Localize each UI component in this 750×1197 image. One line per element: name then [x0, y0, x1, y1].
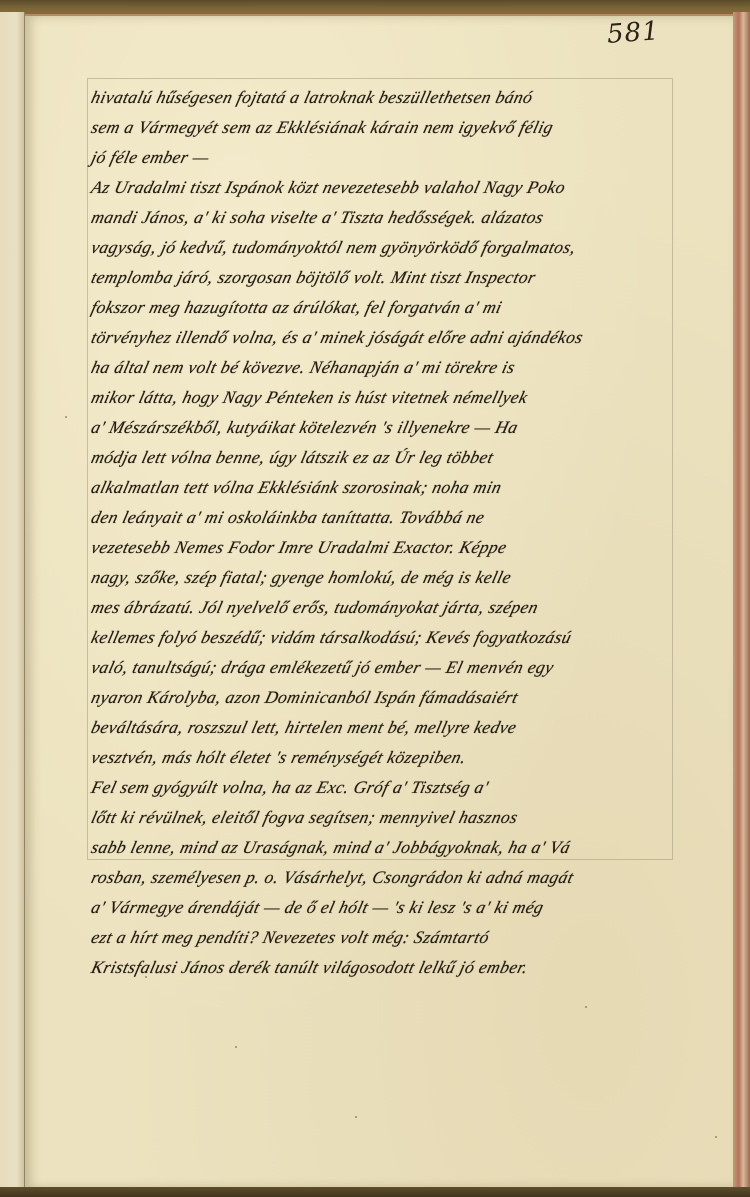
text-line: alkalmatlan tett vólna Ekklésiánk szoros…: [88, 472, 695, 502]
page-number: 581: [606, 16, 661, 50]
text-line: vesztvén, más hólt életet 's reménységét…: [88, 742, 695, 772]
text-line: kellemes folyó beszédű; vidám társalkodá…: [88, 622, 695, 652]
text-line: vezetesebb Nemes Fodor Imre Uradalmi Exa…: [88, 532, 695, 562]
text-line: vagyság, jó kedvű, tudományoktól nem gyö…: [88, 232, 695, 262]
text-line: nyaron Károlyba, azon Dominicanból Ispán…: [88, 682, 695, 712]
paper-speck: [355, 1116, 357, 1118]
text-line: Az Uradalmi tiszt Ispánok közt nevezetes…: [88, 172, 695, 202]
text-line: ha által nem volt bé kövezve. Néhanapján…: [88, 352, 695, 382]
text-line: beváltására, roszszul lett, hirtelen men…: [88, 712, 695, 742]
text-line: jó féle ember —: [88, 142, 695, 172]
text-line: Kristsfalusi János derék tanúlt világoso…: [88, 952, 695, 982]
text-line: sabb lenne, mind az Uraságnak, mind a' J…: [88, 832, 695, 862]
text-line: nagy, szőke, szép fiatal; gyenge homlokú…: [88, 562, 695, 592]
text-line: a' Vármegye árendáját — de ő el hólt — '…: [88, 892, 695, 922]
text-line: templomba járó, szorgosan böjtölő volt. …: [88, 262, 695, 292]
book-cover-top: [0, 0, 750, 14]
text-line: fokszor meg hazugította az árúlókat, fel…: [88, 292, 695, 322]
paper-speck: [715, 1136, 717, 1138]
paper-speck: [585, 1006, 587, 1008]
text-line: való, tanultságú; drága emlékezetű jó em…: [88, 652, 695, 682]
text-line: mes ábrázatú. Jól nyelvelő erős, tudomán…: [88, 592, 695, 622]
paper-speck: [235, 1046, 237, 1048]
text-line: ezt a hírt meg pendíti? Nevezetes volt m…: [88, 922, 695, 952]
text-line: Fel sem gyógyúlt volna, ha az Exc. Gróf …: [88, 772, 695, 802]
text-line: mandi János, a' ki soha viselte a' Tiszt…: [88, 202, 695, 232]
text-line: mikor látta, hogy Nagy Pénteken is húst …: [88, 382, 695, 412]
text-line: rosban, személyesen p. o. Vásárhelyt, Cs…: [88, 862, 695, 892]
text-line: a' Mészárszékből, kutyáikat kötelezvén '…: [88, 412, 695, 442]
handwritten-text-block: hivatalú hűségesen fojtatá a latroknak b…: [88, 82, 688, 982]
previous-page-edge: [0, 12, 25, 1189]
text-line: sem a Vármegyét sem az Ekklésiának kárai…: [88, 112, 695, 142]
text-line: hivatalú hűségesen fojtatá a latroknak b…: [88, 82, 695, 112]
text-line: lőtt ki révülnek, eleitől fogva segítsen…: [88, 802, 695, 832]
text-line: törvényhez illendő volna, és a' minek jó…: [88, 322, 695, 352]
text-line: módja lett vólna benne, úgy látszik ez a…: [88, 442, 695, 472]
paper-speck: [65, 416, 67, 418]
book-cover-bottom: [0, 1187, 750, 1197]
manuscript-page: 581 hivatalú hűségesen fojtatá a latrokn…: [25, 14, 733, 1188]
paper-speck: [145, 976, 147, 978]
text-line: den leányait a' mi oskoláinkba taníttatt…: [88, 502, 695, 532]
page-fore-edge: [733, 12, 750, 1187]
